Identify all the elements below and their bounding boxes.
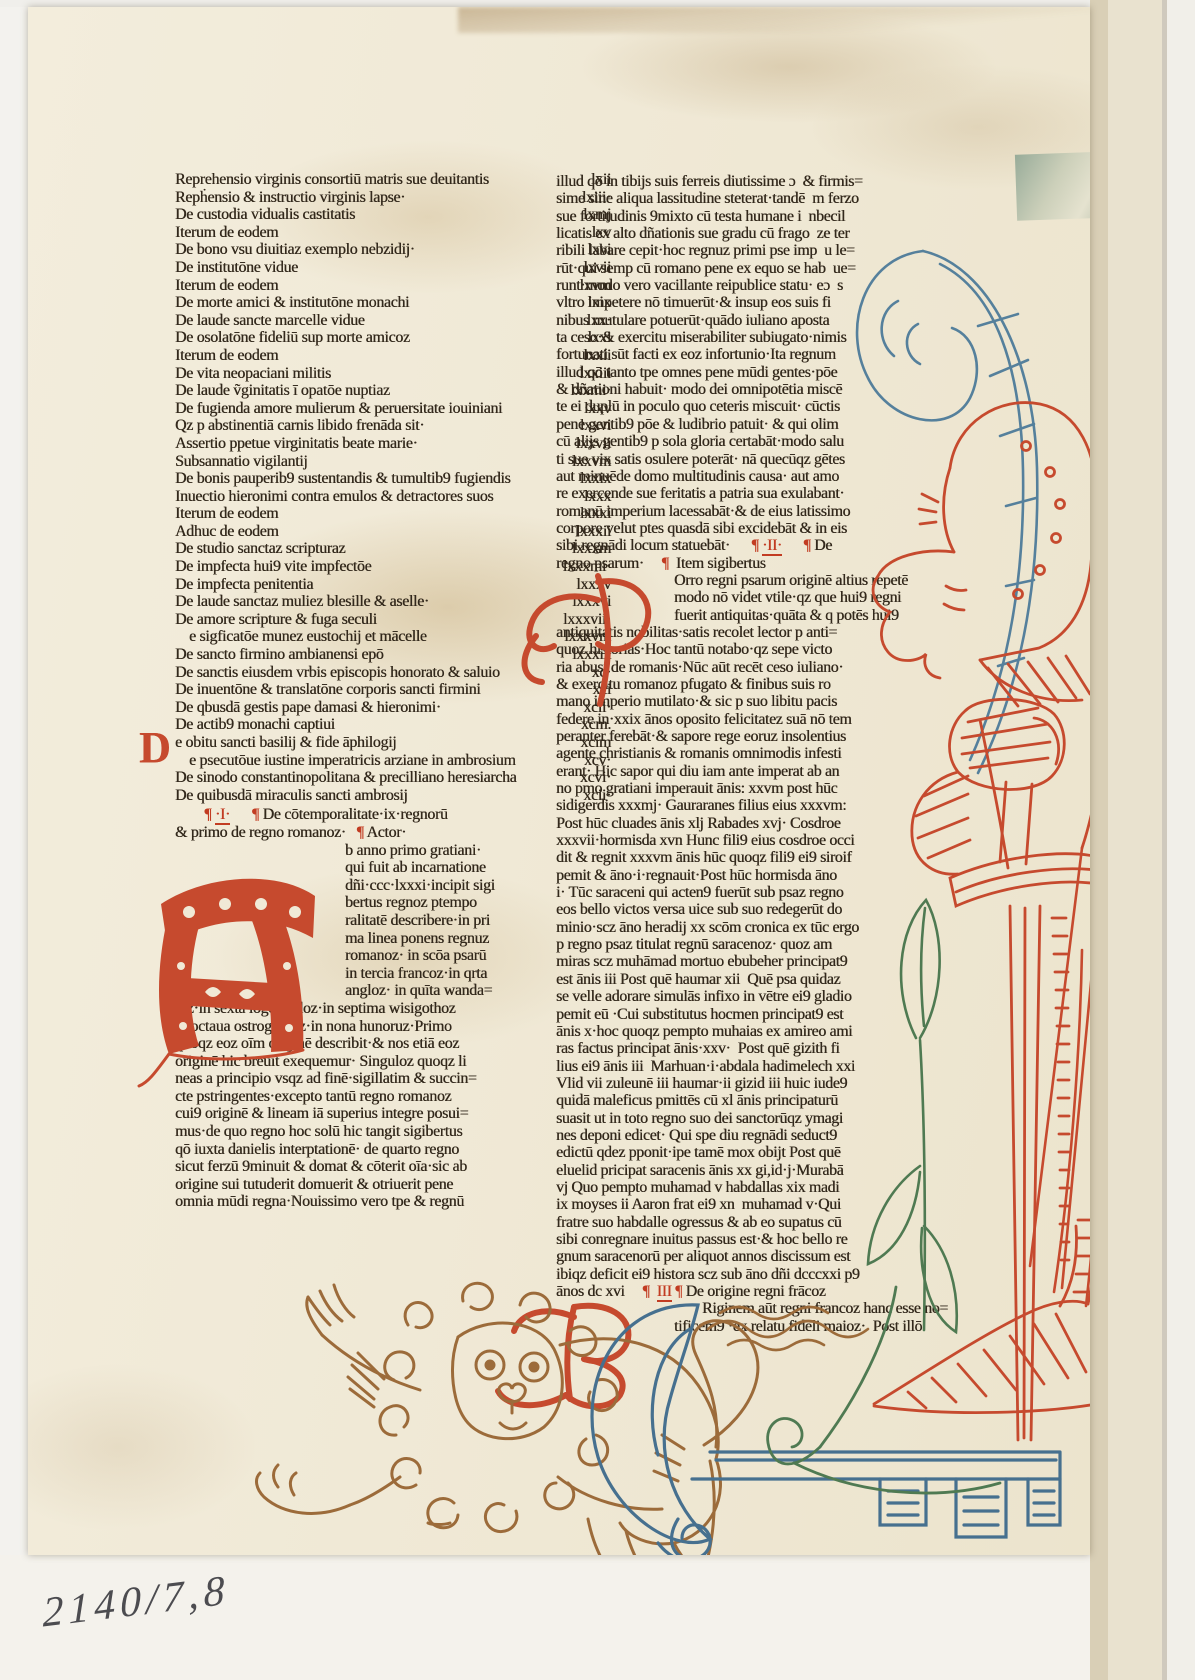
index-entry-title: De actib9 monachi captiui — [175, 716, 571, 734]
foliage-sprig — [868, 900, 957, 1332]
index-entry-title: Iterum de eodem — [175, 277, 570, 295]
index-entry-title: De amore scripture & fuga seculi — [175, 611, 553, 629]
index-entry-title: e obitu sancti basilij & fide āphilogij — [175, 734, 570, 752]
text-line: mus·de quo regno hoc solū hic tangit sig… — [175, 1123, 611, 1141]
index-entry: De custodia vidualis castitatislxmj — [175, 206, 611, 224]
backing-sheet-edge — [1090, 0, 1108, 1680]
index-entry-title: Iterum de eodem — [175, 505, 570, 523]
index-entry: De studio sanctaz scripturazlxxxm — [175, 540, 611, 558]
index-entry-title: De laude sancte marcelle vidue — [175, 312, 577, 330]
text-line: omnia mūdi regna·Nouissimo vero tpe & re… — [175, 1193, 611, 1211]
flourish-lines — [708, 1307, 868, 1350]
index-entry: De institutōne viduelxvii — [175, 259, 611, 277]
index-entry-title: Subsannatio vigilantij — [175, 453, 562, 471]
index-entry: De morte amici & institutōne monachilxix — [175, 294, 611, 312]
text-line: & primo de regno romanoz· ¶ Actor· — [175, 824, 611, 842]
index-entry: De osolatōne fideliū sup morte amicozlxx… — [175, 329, 611, 347]
index-entry: De fugienda amore mulierum & peruersitat… — [175, 400, 611, 418]
index-entry: De actib9 monachi captiuixcm. — [175, 716, 611, 734]
index-entry-title: Inuectio hieronimi contra emulos & detra… — [175, 488, 574, 506]
index-entry-title: De impfecta hui9 vite impfectōe — [175, 558, 553, 576]
chapter-one-paragraph: ¶ ·I· ¶ De cōtemporalitate·ix·regnorū & … — [175, 806, 611, 1211]
text-line: cte pstringentes·excepto tantū regno rom… — [175, 1088, 611, 1106]
key-outline — [592, 1305, 1060, 1555]
index-entry-title: Qz p abstinentiā carnis libido frenāda s… — [175, 417, 570, 435]
index-entry-title: De sancto firmino ambianensi epō — [175, 646, 562, 664]
knight-drawing — [828, 206, 1090, 1466]
index-entry: De sinodo constantinopolitana & precilli… — [175, 769, 611, 787]
index-entry-title: De sinodo constantinopolitana & precilli… — [175, 769, 570, 787]
mount-top-strip — [0, 0, 1195, 7]
index-entry-title: De vita neopaciani militis — [175, 365, 569, 383]
index-entry-title: De laude sanctaz muliez blesille & asell… — [175, 593, 562, 611]
scanned-incunable-page: { "page": { "description": "Incunable ch… — [0, 0, 1195, 1680]
ornamental-initial-a — [147, 846, 327, 1076]
index-entry: De bono vsu diuitiaz exemplo nebzidij·lx… — [175, 241, 611, 259]
index-entry: Qz p abstinentiā carnis libido frenāda s… — [175, 417, 611, 435]
index-entry: De laude sancte marcelle viduelxx· — [175, 312, 611, 330]
index-entry-title: Iterum de eodem — [175, 347, 573, 365]
calligraphic-initial-p — [520, 566, 670, 716]
index-entry: Repḣensio & instructio virginis lapse·lx… — [175, 189, 611, 207]
deckled-top-edge — [458, 7, 1090, 33]
mount-right-strip — [1167, 0, 1195, 1680]
index-entry-title: Adhuc de eodem — [175, 523, 566, 541]
index-entry: De vita neopaciani militislxxiii — [175, 365, 611, 383]
index-entry: De laude ṽginitatis ī opatōe nuptiazlxxm… — [175, 382, 611, 400]
text-line: illud qō in tibijs suis ferreis diutissi… — [556, 173, 952, 190]
index-entry-title: De impfecta penitentia — [175, 576, 566, 594]
index-entry: Iterum de eodemlxvm — [175, 277, 611, 295]
index-entry-title: De quibusdā miraculis sancti ambrosij — [175, 787, 573, 805]
index-entry-title: Assertio ppetue virginitatis beate marie… — [175, 435, 566, 453]
index-entry-title: De bono vsu diuitiaz exemplo nebzidij· — [175, 241, 577, 259]
index-entry: Adhuc de eodemlxxxii — [175, 523, 611, 541]
helm-and-face — [873, 403, 1090, 868]
rubricated-initial-d: D — [139, 730, 170, 766]
text-line: origine sui tutuderit domuerit & otriuer… — [175, 1176, 611, 1194]
key-drawing — [558, 1287, 1090, 1555]
text-line: sicut ferzū 9minuit & domat & cōterit oī… — [175, 1158, 611, 1176]
index-entry-title: Repḣensio & instructio virginis lapse· — [175, 189, 572, 207]
index-entry-title: e psecutōue iustine imperatricis arziane… — [175, 752, 574, 770]
index-entry: Subsannatio vigilantijlxxvm — [175, 453, 611, 471]
index-entry: Iterum de eodemlxxii — [175, 347, 611, 365]
index-entry: De quibusdā miraculis sancti ambrosijxci… — [175, 787, 611, 805]
vine-tendril — [768, 1287, 1000, 1493]
index-entry-title: e sigficatōe munez eustochij et mācelle — [175, 628, 554, 646]
index-entry-title: De custodia vidualis castitatis — [175, 206, 573, 224]
backing-sheet — [1108, 0, 1162, 1680]
text-line: qō iuxta danielis interptationē· de quar… — [175, 1141, 611, 1159]
mount-left-strip — [0, 0, 28, 1680]
index-entry: Inuectio hieronimi contra emulos & detra… — [175, 488, 611, 506]
index-entry-title: De institutōne vidue — [175, 259, 573, 277]
index-entry-title: De bonis pauperib9 sustentandis & tumult… — [175, 470, 570, 488]
index-entry-title: De laude ṽginitatis ī opatōe nuptiaz — [175, 382, 560, 400]
text-line: ¶ ·I· ¶ De cōtemporalitate·ix·regnorū — [175, 806, 611, 824]
index-entry: Reprehensio virginis consortiū matris su… — [175, 171, 611, 189]
index-entry: Assertio ppetue virginitatis beate marie… — [175, 435, 611, 453]
index-entry: De bonis pauperib9 sustentandis & tumult… — [175, 470, 611, 488]
index-entry-title: De studio sanctaz scripturaz — [175, 540, 562, 558]
index-entry: De obitu sancti basilij & fide āphilogij… — [175, 734, 611, 752]
index-entry: Iterum de eodemlxv — [175, 224, 611, 242]
index-entry-title: De osolatōne fideliū sup morte amicoz — [175, 329, 577, 347]
vellum-leaf: Reprehensio virginis consortiū matris su… — [28, 7, 1090, 1555]
index-entry-title: De morte amici & institutōne monachi — [175, 294, 577, 312]
index-entry-title: Reprehensio virginis consortiū matris su… — [175, 171, 581, 189]
index-entry-title: De fugienda amore mulierum & peruersitat… — [175, 400, 574, 418]
index-entry-title: Iterum de eodem — [175, 224, 582, 242]
index-entry: e psecutōue iustine imperatricis arziane… — [175, 752, 611, 770]
text-line: cui9 originē & lineam iā superius integr… — [175, 1105, 611, 1123]
index-entry-title: De qbusdā gestis pape damasi & hieronimi… — [175, 699, 573, 717]
index-entry: Iterum de eodemlxxxi — [175, 505, 611, 523]
